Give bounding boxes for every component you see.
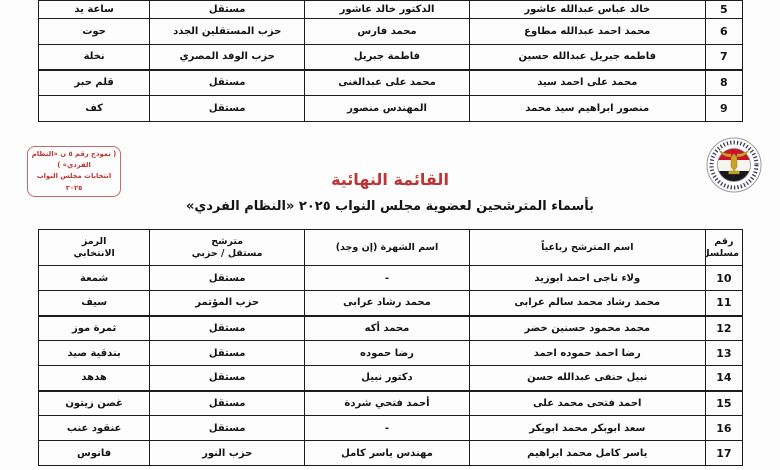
header-affiliation-line1: مترشح [153,236,301,248]
cell-serial: 14 [705,366,742,391]
cell-symbol: عنقود عنب [39,416,150,441]
main-table: رقم مسلسل اسم المترشح رباعياً اسم الشهرة… [38,229,743,466]
cell-affiliation: مستقل [150,1,305,19]
cell-full-name: محمد على احمد سيد [469,70,705,96]
cell-affiliation: مستقل [150,341,305,366]
cell-serial: 5 [705,1,742,19]
cell-known-as: الدكتور خالد عاشور [305,1,470,19]
cell-known-as: - [305,266,470,291]
cell-symbol: حوت [39,19,150,45]
cell-affiliation: مستقل [150,266,305,291]
table-row: 6 محمد احمد عبدالله مطاوع محمد فارس حزب … [39,19,743,45]
cell-affiliation: مستقل [150,366,305,391]
cell-full-name: محمد محمود حسنين خضر [469,316,705,341]
page-title: القائمة النهائية [0,170,780,189]
page-subtitle: بأسماء المترشحين لعضوية مجلس النواب ٢٠٢٥… [0,199,780,214]
cell-full-name: خالد عباس عبدالله عاشور [469,1,705,19]
cell-symbol: هدهد [39,366,150,391]
cell-full-name: ولاء ناجى احمد ابوزيد [469,266,705,291]
table-row: 12 محمد محمود حسنين خضر محمد أكه مستقل ث… [39,316,743,341]
cell-serial: 7 [705,45,742,70]
cell-full-name: نبيل حنفى عبدالله حسن [469,366,705,391]
cell-known-as: رضا حموده [305,341,470,366]
cell-full-name: فاطمه جبريل عبدالله حسين [469,45,705,70]
top-table: 5 خالد عباس عبدالله عاشور الدكتور خالد ع… [38,0,743,122]
header-full-name-line1: اسم المترشح رباعياً [473,242,702,254]
cell-affiliation: حزب النور [150,441,305,466]
cell-serial: 9 [705,96,742,122]
cell-symbol: قلم حبر [39,70,150,96]
cell-known-as: محمد أكه [305,316,470,341]
table-row: 16 سعد ابوبكر محمد ابوبكر - مستقل عنقود … [39,416,743,441]
cell-known-as: مهندس ياسر كامل [305,441,470,466]
table-row: 11 محمد رشاد محمد سالم عرابى محمد رشاد ع… [39,291,743,316]
cell-affiliation: مستقل [150,316,305,341]
cell-serial: 15 [705,391,742,416]
cell-symbol: شمعة [39,266,150,291]
table-header-row: رقم مسلسل اسم المترشح رباعياً اسم الشهرة… [39,230,743,266]
header-serial: رقم مسلسل [705,230,742,266]
header-symbol-line2: الانتخابي [42,248,146,260]
cell-full-name: محمد احمد عبدالله مطاوع [469,19,705,45]
cell-symbol: نخلة [39,45,150,70]
header-symbol: الرمز الانتخابي [39,230,150,266]
table-row: 8 محمد على احمد سيد محمد على عبدالغنى مس… [39,70,743,96]
header-symbol-line1: الرمز [42,236,146,248]
cell-symbol: كف [39,96,150,122]
cell-symbol: فانوس [39,441,150,466]
cell-symbol: غصن زيتون [39,391,150,416]
cell-known-as: فاطمة جبريل [305,45,470,70]
cell-affiliation: حزب المستقلين الجدد [150,19,305,45]
table-row: 9 منصور ابراهيم سيد محمد المهندس منصور م… [39,96,743,122]
header-affiliation-line2: مستقل / حزبي [153,248,301,260]
table-row: 13 رضا احمد حموده احمد رضا حموده مستقل ب… [39,341,743,366]
table-row: 17 ياسر كامل محمد ابراهيم مهندس ياسر كام… [39,441,743,466]
cell-symbol: بندقية صيد [39,341,150,366]
cell-known-as: - [305,416,470,441]
cell-known-as: المهندس منصور [305,96,470,122]
cell-symbol: ثمرة موز [39,316,150,341]
cell-full-name: رضا احمد حموده احمد [469,341,705,366]
cell-full-name: ياسر كامل محمد ابراهيم [469,441,705,466]
cell-full-name: محمد رشاد محمد سالم عرابى [469,291,705,316]
cell-affiliation: مستقل [150,96,305,122]
cell-known-as: محمد فارس [305,19,470,45]
cell-affiliation: مستقل [150,416,305,441]
cell-serial: 17 [705,441,742,466]
cell-symbol: ساعة يد [39,1,150,19]
cell-known-as: دكتور نبيل [305,366,470,391]
cell-known-as: محمد على عبدالغنى [305,70,470,96]
cell-full-name: منصور ابراهيم سيد محمد [469,96,705,122]
header-known-as-line1: اسم الشهرة (إن وجد) [308,242,466,254]
cell-symbol: سيف [39,291,150,316]
cell-serial: 11 [705,291,742,316]
candidates-list-document: 5 خالد عباس عبدالله عاشور الدكتور خالد ع… [0,0,780,470]
cell-serial: 10 [705,266,742,291]
cell-serial: 13 [705,341,742,366]
cell-known-as: محمد رشاد عرابى [305,291,470,316]
table-row: 10 ولاء ناجى احمد ابوزيد - مستقل شمعة [39,266,743,291]
cell-affiliation: حزب المؤتمر [150,291,305,316]
table-row: 5 خالد عباس عبدالله عاشور الدكتور خالد ع… [39,1,743,19]
header-full-name: اسم المترشح رباعياً [469,230,705,266]
cell-affiliation: حزب الوفد المصري [150,45,305,70]
header-serial-line2: مسلسل [709,248,739,260]
header-serial-line1: رقم [709,236,739,248]
cell-full-name: سعد ابوبكر محمد ابوبكر [469,416,705,441]
header-known-as: اسم الشهرة (إن وجد) [305,230,470,266]
cell-serial: 8 [705,70,742,96]
header-affiliation: مترشح مستقل / حزبي [150,230,305,266]
table-row: 14 نبيل حنفى عبدالله حسن دكتور نبيل مستق… [39,366,743,391]
stamp-line-1: ( نموذج رقم ٥ ن «النظام الفردي» ) [30,149,118,171]
cell-full-name: احمد فتحى محمد على [469,391,705,416]
cell-serial: 6 [705,19,742,45]
table-row: 7 فاطمه جبريل عبدالله حسين فاطمة جبريل ح… [39,45,743,70]
cell-affiliation: مستقل [150,70,305,96]
cell-affiliation: مستقل [150,391,305,416]
cell-serial: 12 [705,316,742,341]
cell-known-as: أحمد فتحي شردة [305,391,470,416]
table-row: 15 احمد فتحى محمد على أحمد فتحي شردة مست… [39,391,743,416]
cell-serial: 16 [705,416,742,441]
